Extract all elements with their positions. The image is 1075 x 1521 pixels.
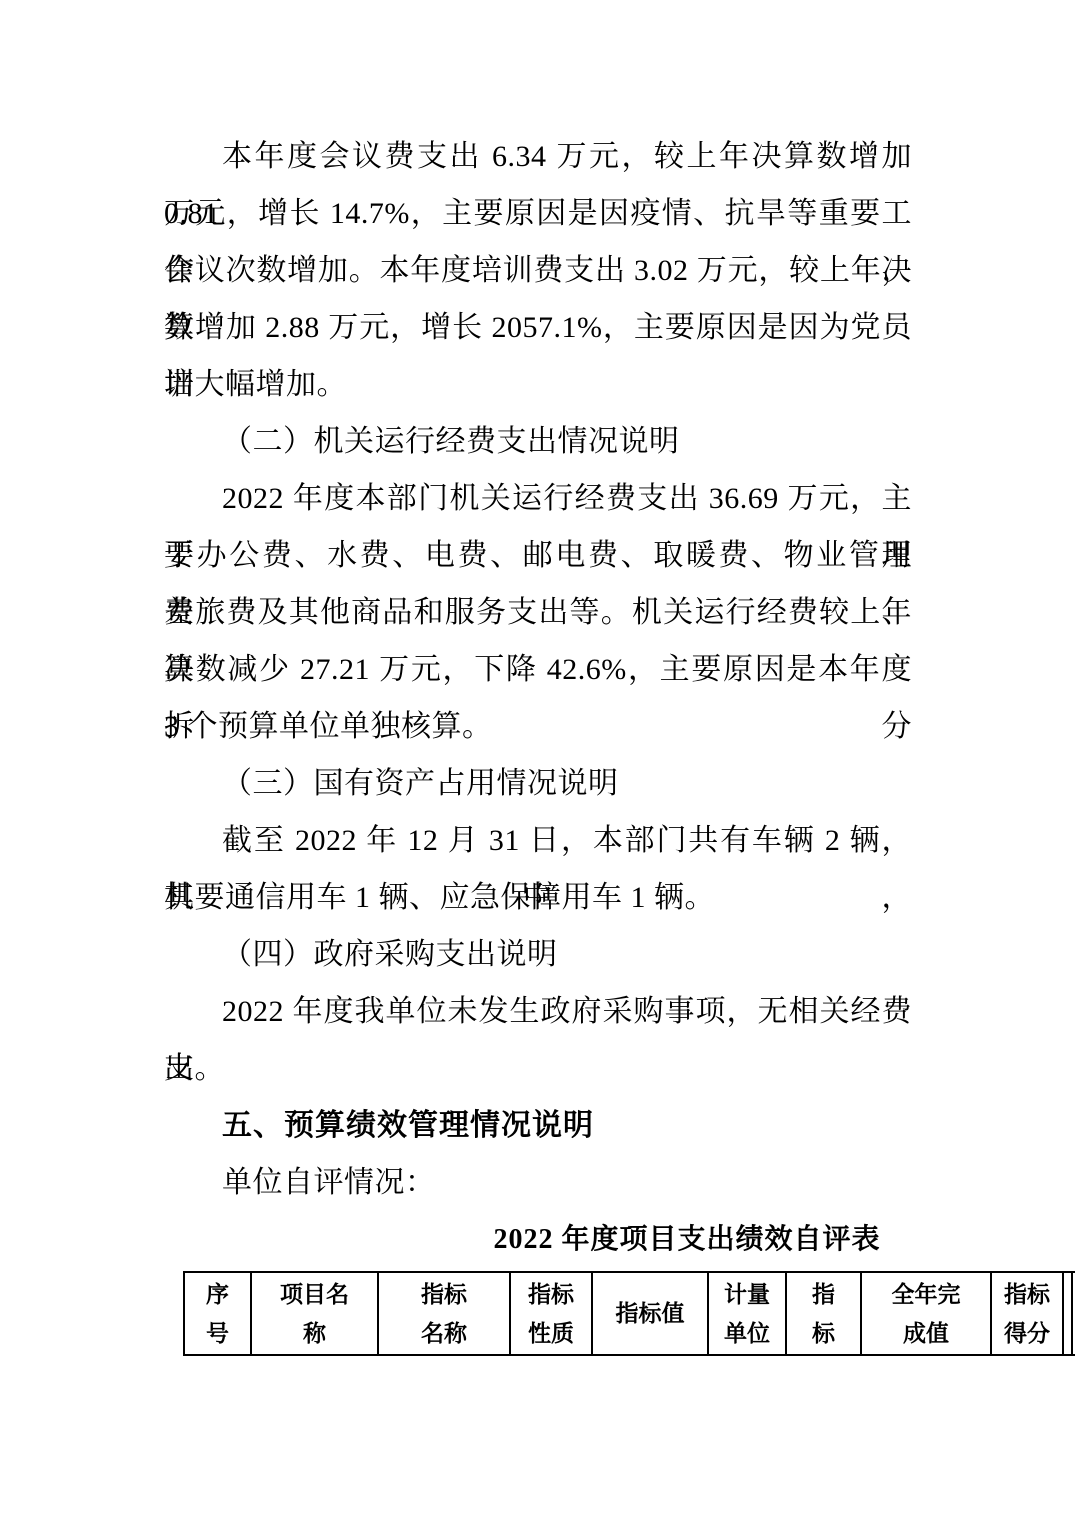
text-line: 本年度会议费支出 6.34 万元，较上年决算数增加 0.81 — [164, 128, 912, 185]
document-page: 本年度会议费支出 6.34 万元，较上年决算数增加 0.81 万元，增长 14.… — [0, 0, 1075, 1521]
section-heading-performance: 五、预算绩效管理情况说明 — [164, 1097, 912, 1154]
table-header-unit: 计量 单位 — [709, 1273, 787, 1354]
self-eval-label: 单位自评情况： — [164, 1154, 912, 1211]
text-line: 数增加 2.88 万元，增长 2057.1%，主要原因是因为党员培 — [164, 299, 912, 356]
table-header-indicator-value: 指标值 — [593, 1273, 709, 1354]
text-line: 2022 年度本部门机关运行经费支出 36.69 万元，主要用 — [164, 470, 912, 527]
self-eval-table: 序 号 项目名 称 指标 名称 指标 性质 指标值 计量 单位 指 标 全年完 … — [183, 1271, 1075, 1356]
table-cut-column — [1064, 1273, 1073, 1354]
text-line: 截至 2022 年 12 月 31 日，本部门共有车辆 2 辆，其中， — [164, 812, 912, 869]
paragraph-meeting-training: 本年度会议费支出 6.34 万元，较上年决算数增加 0.81 万元，增长 14.… — [164, 128, 912, 413]
table-header-project-name: 项目名 称 — [252, 1273, 379, 1354]
table-header-serial-number: 序 号 — [185, 1273, 252, 1354]
text-line: 训大幅增加。 — [164, 356, 912, 413]
table-title: 2022 年度项目支出绩效自评表 — [183, 1211, 1075, 1268]
text-line: 会议次数增加。本年度培训费支出 3.02 万元，较上年决算 — [164, 242, 912, 299]
section-heading-operating-costs: （二）机关运行经费支出情况说明 — [164, 413, 912, 470]
text-line: 差旅费及其他商品和服务支出等。机关运行经费较上年决 — [164, 584, 912, 641]
text-line: 出。 — [164, 1040, 912, 1097]
table-header-indicator-type: 指标 性质 — [511, 1273, 593, 1354]
body-text: 本年度会议费支出 6.34 万元，较上年决算数增加 0.81 万元，增长 14.… — [164, 128, 912, 1211]
paragraph-state-assets: 截至 2022 年 12 月 31 日，本部门共有车辆 2 辆，其中， 机要通信… — [164, 812, 912, 926]
text-line: 万元，增长 14.7%，主要原因是因疫情、抗旱等重要工作， — [164, 185, 912, 242]
table-header-indicator-name: 指标 名称 — [379, 1273, 511, 1354]
paragraph-operating-costs: 2022 年度本部门机关运行经费支出 36.69 万元，主要用 于办公费、水费、… — [164, 470, 912, 755]
table-header-indicator: 指 标 — [787, 1273, 862, 1354]
table-header-indicator-score: 指标 得分 — [992, 1273, 1064, 1354]
text-line: 于办公费、水费、电费、邮电费、取暖费、物业管理费、 — [164, 527, 912, 584]
section-heading-state-assets: （三）国有资产占用情况说明 — [164, 755, 912, 812]
table-header-annual-completion: 全年完 成值 — [862, 1273, 992, 1354]
text-line: 2022 年度我单位未发生政府采购事项，无相关经费支 — [164, 983, 912, 1040]
text-line: 算数减少 27.21 万元，下降 42.6%，主要原因是本年度拆分 — [164, 641, 912, 698]
section-heading-procurement: （四）政府采购支出说明 — [164, 926, 912, 983]
paragraph-procurement: 2022 年度我单位未发生政府采购事项，无相关经费支 出。 — [164, 983, 912, 1097]
